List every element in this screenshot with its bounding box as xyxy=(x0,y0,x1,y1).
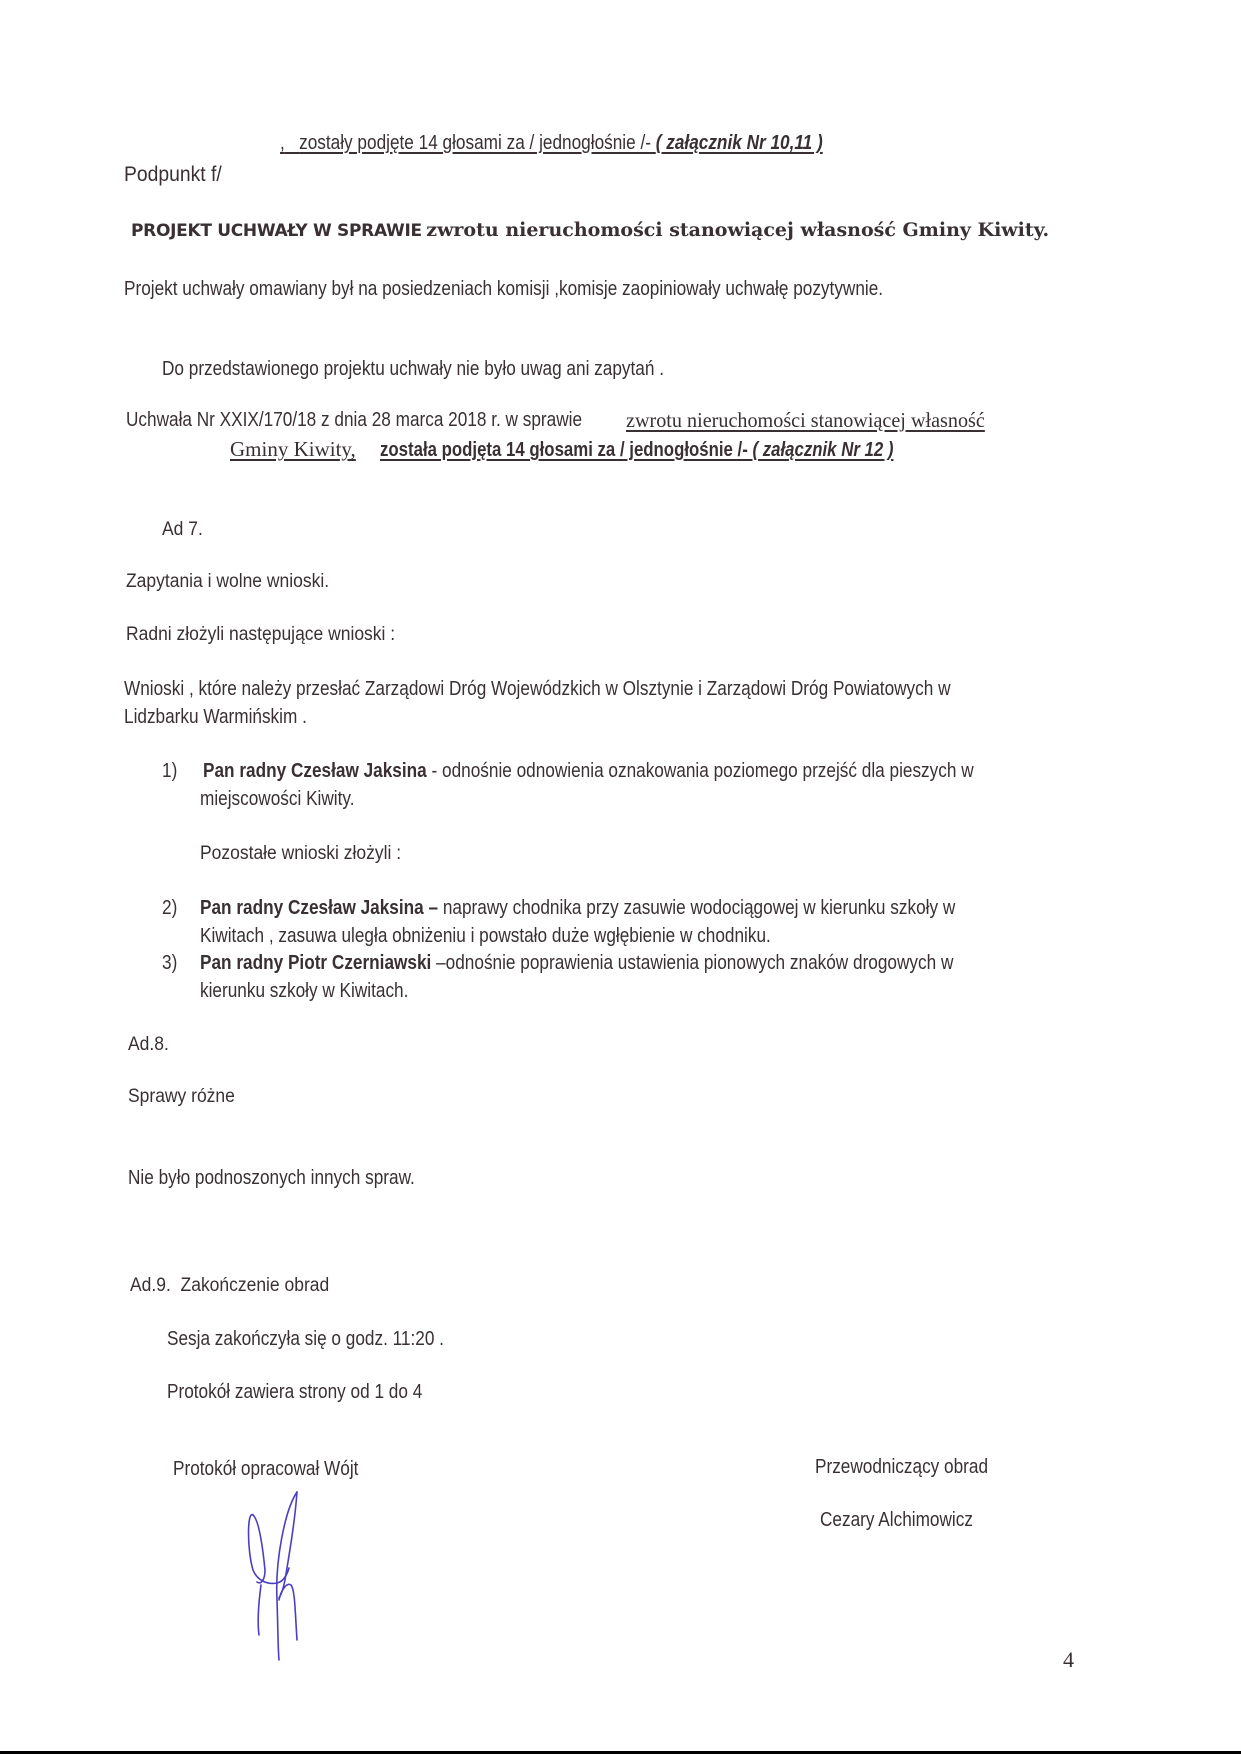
resolution-line-1-serif: zwrotu nieruchomości stanowiącej własnoś… xyxy=(626,408,985,433)
subpoint-label: Podpunkt f/ xyxy=(124,163,222,187)
resolution-line-2: Gminy Kiwity, xyxy=(230,437,356,462)
resolution-votes: została podjęta 14 głosami za / jednogło… xyxy=(380,439,752,461)
project-title-rest: zwrotu nieruchomości stanowiącej własnoś… xyxy=(426,219,1049,241)
councillor-name: Pan radny Czesław Jaksina – xyxy=(200,897,438,919)
ad8-label: Ad.8. xyxy=(128,1034,169,1056)
request-item-1-line-1: Pan radny Czesław Jaksina - odnośnie odn… xyxy=(203,760,974,783)
separator: - xyxy=(427,760,442,782)
request-item-3-number: 3) xyxy=(162,952,177,975)
ad8-text: Nie było podnoszonych innych spraw. xyxy=(128,1167,415,1190)
page-number: 4 xyxy=(1063,1647,1074,1673)
annex-reference: ( załącznik Nr 10,11 ) xyxy=(656,132,823,154)
request-text: naprawy chodnika przy zasuwie wodociągow… xyxy=(443,897,955,919)
other-requests-label: Pozostałe wnioski złożyli : xyxy=(200,843,401,865)
resolution-adopted: została podjęta 14 głosami za / jednogło… xyxy=(380,439,893,462)
prepared-by-label: Protokół opracował Wójt xyxy=(173,1458,358,1481)
votes-text: zostały podjęte 14 głosami za / jednogło… xyxy=(299,132,656,154)
project-title-caps: PROJEKT UCHWAŁY W SPRAWIE xyxy=(131,221,422,241)
ad7-intro: Radni złożyli następujące wnioski : xyxy=(126,624,395,646)
resolution-annex: ( załącznik Nr 12 ) xyxy=(752,439,893,461)
resolution-gmina: Gminy Kiwity, xyxy=(230,437,356,461)
request-item-1: 1) xyxy=(162,760,202,783)
councillor-name: Pan radny Czesław Jaksina xyxy=(203,760,427,782)
chairman-label: Przewodniczący obrad xyxy=(815,1456,988,1479)
separator: – xyxy=(431,952,445,974)
session-end-text: Sesja zakończyła się o godz. 11:20 . xyxy=(167,1328,444,1351)
councillor-name: Pan radny Piotr Czerniawski xyxy=(200,952,431,974)
project-title: PROJEKT UCHWAŁY W SPRAWIE zwrotu nieruch… xyxy=(131,219,1049,241)
resolutions-adopted-line: , zostały podjęte 14 głosami za / jednog… xyxy=(280,132,823,155)
ad9-title: Zakończenie obrad xyxy=(181,1275,330,1296)
request-item-2-line-2: Kiwitach , zasuwa uległa obniżeniu i pow… xyxy=(200,925,771,948)
signature xyxy=(245,1490,335,1675)
request-item-3-line-1: Pan radny Piotr Czerniawski –odnośnie po… xyxy=(200,952,953,975)
project-discussed-text: Projekt uchwały omawiany był na posiedze… xyxy=(124,278,883,301)
item-number: 1) xyxy=(162,760,196,783)
chairman-name: Cezary Alchimowicz xyxy=(820,1509,973,1532)
ad7-title: Zapytania i wolne wnioski. xyxy=(126,571,329,593)
request-text: odnośnie poprawienia ustawienia pionowyc… xyxy=(446,952,954,974)
request-item-1-line-2: miejscowości Kiwity. xyxy=(200,788,355,811)
resolution-line-1: Uchwała Nr XXIX/170/18 z dnia 28 marca 2… xyxy=(126,409,656,432)
request-item-2-number: 2) xyxy=(162,897,177,920)
forward-text-line-2: Lidzbarku Warmińskim . xyxy=(124,706,307,729)
no-remarks-text: Do przedstawionego projektu uchwały nie … xyxy=(162,358,664,381)
resolution-number-date: Uchwała Nr XXIX/170/18 z dnia 28 marca 2… xyxy=(126,409,582,432)
forward-text-line-1: Wnioski , które należy przesłać Zarządow… xyxy=(124,678,951,701)
leading-comma: , xyxy=(280,132,285,154)
handwritten-signature-icon xyxy=(245,1490,335,1670)
request-item-3-line-2: kierunku szkoły w Kiwitach. xyxy=(200,980,408,1003)
ad7-label: Ad 7. xyxy=(162,519,203,541)
ad9-label: Ad.9. xyxy=(130,1275,171,1296)
request-text: odnośnie odnowienia oznakowania poziomeg… xyxy=(442,760,974,782)
ad9-heading: Ad.9. Zakończenie obrad xyxy=(130,1275,329,1297)
request-item-2-line-1: Pan radny Czesław Jaksina – naprawy chod… xyxy=(200,897,955,920)
ad8-title: Sprawy różne xyxy=(128,1086,235,1108)
pages-text: Protokół zawiera strony od 1 do 4 xyxy=(167,1381,422,1404)
